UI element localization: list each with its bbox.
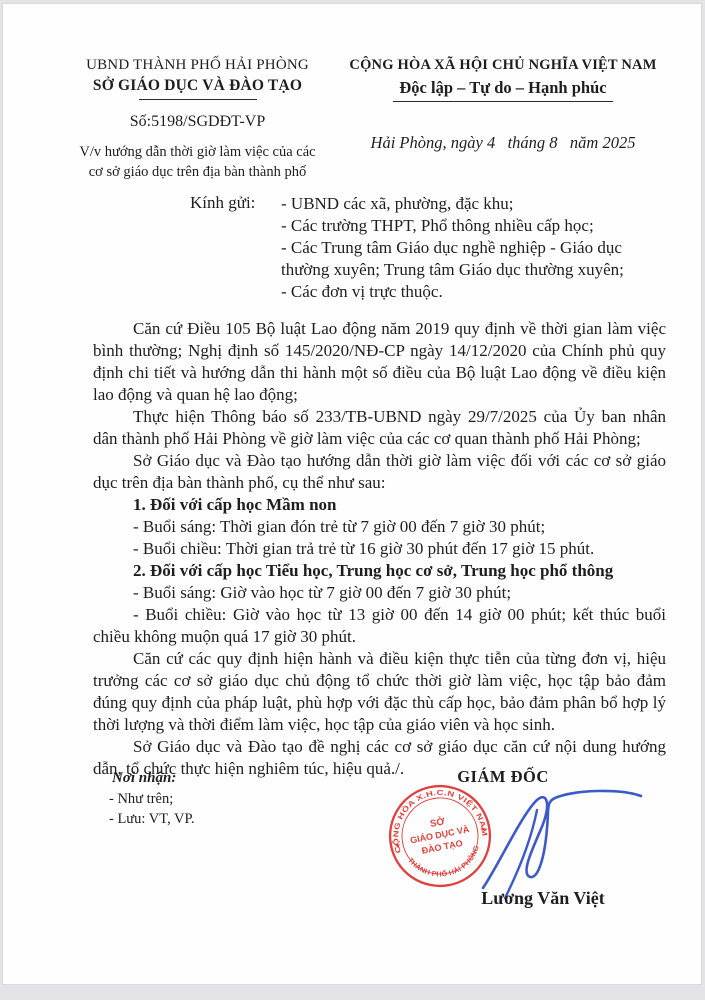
document-number: Số:5198/SGDĐT-VP	[55, 113, 340, 131]
scanned-official-letter: { "header": { "left": { "org_parent": "U…	[0, 0, 705, 1000]
subject-line-1: V/v hướng dẫn thời giờ làm việc của các	[55, 142, 340, 162]
signer-name: Lương Văn Việt	[403, 888, 683, 909]
recipient-item: - Các đơn vị trực thuộc.	[281, 281, 667, 303]
letter-body: Căn cứ Điều 105 Bộ luật Lao động năm 201…	[93, 318, 666, 780]
body-paragraph: Thực hiện Thông báo số 233/TB-UBND ngày …	[93, 406, 666, 450]
recipients-label: Kính gửi:	[190, 193, 281, 303]
noi-nhan-list: - Như trên; - Lưu: VT, VP.	[109, 789, 195, 829]
document-subject: V/v hướng dẫn thời giờ làm việc của các …	[55, 142, 340, 182]
section-heading-2: 2. Đối với cấp học Tiểu học, Trung học c…	[93, 560, 666, 582]
recipients-list: - UBND các xã, phường, đặc khu; - Các tr…	[281, 193, 667, 303]
handwritten-signature	[471, 782, 653, 904]
national-motto-line-1: CỘNG HÒA XÃ HỘI CHỦ NGHĨA VIỆT NAM	[345, 56, 661, 74]
national-header-block: CỘNG HÒA XÃ HỘI CHỦ NGHĨA VIỆT NAM Độc l…	[345, 56, 661, 153]
recipient-item: - UBND các xã, phường, đặc khu;	[281, 193, 667, 215]
recipient-item: - Các trường THPT, Phổ thông nhiều cấp h…	[281, 215, 667, 237]
body-paragraph: - Buổi chiều: Giờ vào học từ 13 giờ 00 đ…	[93, 604, 666, 648]
body-paragraph: Căn cứ Điều 105 Bộ luật Lao động năm 201…	[93, 318, 666, 406]
subject-line-2: cơ sở giáo dục trên địa bàn thành phố	[55, 162, 340, 182]
document-page: UBND THÀNH PHỐ HẢI PHÒNG SỞ GIÁO DỤC VÀ …	[2, 3, 702, 985]
issuing-agency-block: UBND THÀNH PHỐ HẢI PHÒNG SỞ GIÁO DỤC VÀ …	[55, 56, 340, 182]
body-paragraph: - Buổi chiều: Thời gian trả trẻ từ 16 gi…	[93, 538, 666, 560]
section-heading-1: 1. Đối với cấp học Mầm non	[93, 494, 666, 516]
noi-nhan-label: Nơi nhận:	[112, 770, 195, 787]
motto-underline	[393, 101, 613, 102]
place-date-line: Hải Phòng, ngày 4 tháng 8 năm 2025	[345, 133, 661, 153]
body-paragraph: - Buổi sáng: Thời gian đón trẻ từ 7 giờ …	[93, 516, 666, 538]
issuing-org-name: SỞ GIÁO DỤC VÀ ĐÀO TẠO	[55, 76, 340, 96]
national-motto-line-2: Độc lập – Tự do – Hạnh phúc	[345, 78, 661, 98]
noi-nhan-block: Nơi nhận: - Như trên; - Lưu: VT, VP.	[109, 770, 195, 829]
body-paragraph: - Buổi sáng: Giờ vào học từ 7 giờ 00 đến…	[93, 582, 666, 604]
noi-nhan-item: - Lưu: VT, VP.	[109, 809, 195, 829]
parent-org-name: UBND THÀNH PHỐ HẢI PHÒNG	[55, 56, 340, 75]
recipients-block: Kính gửi: - UBND các xã, phường, đặc khu…	[190, 193, 667, 303]
recipient-item: - Các Trung tâm Giáo dục nghề nghiệp - G…	[281, 237, 667, 281]
stamp-center-line-1: SỞ	[429, 815, 446, 830]
noi-nhan-item: - Như trên;	[109, 789, 195, 809]
body-paragraph: Sở Giáo dục và Đào tạo hướng dẫn thời gi…	[93, 450, 666, 494]
body-paragraph: Căn cứ các quy định hiện hành và điều ki…	[93, 648, 666, 736]
org-name-underline	[139, 99, 257, 100]
